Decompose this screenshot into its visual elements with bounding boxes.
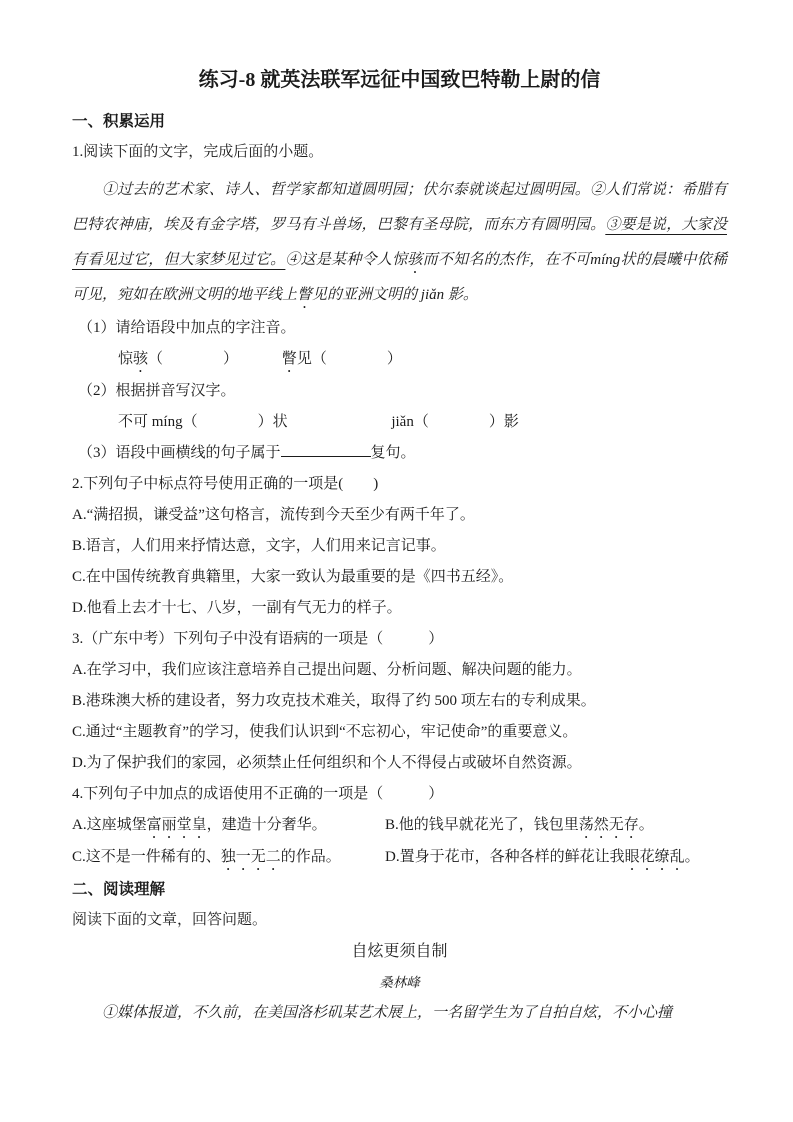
hanzi-item-jian: jiǎn（ ）影 — [391, 414, 519, 430]
text-segment: （ ） — [148, 351, 238, 367]
q1-sub1-answers: 惊骇（ ） 瞥见（ ） — [72, 344, 727, 376]
text-segment: 的作品。 — [281, 849, 341, 865]
reading-instruction: 阅读下面的文章，回答问题。 — [72, 905, 727, 936]
text-segment: 。 — [639, 817, 654, 833]
text-segment: ，建造十分奢华。 — [207, 817, 327, 833]
text-segment: ④这是某种令人惊 — [285, 252, 407, 268]
article-author: 桑林峰 — [72, 967, 727, 998]
q1-sub2-answers: 不可 míng（ ）状 jiǎn（ ）影 — [72, 407, 727, 438]
q1-stem: 1.阅读下面的文字，完成后面的小题。 — [72, 137, 727, 168]
emphasized-text: 眼花缭乱 — [625, 849, 685, 865]
q1-sub2-label: （2）根据拼音写汉字。 — [72, 376, 727, 407]
q2-stem: 2.下列句子中标点符号使用正确的一项是( ) — [72, 469, 727, 500]
text-segment: A.这座城堡 — [72, 817, 147, 833]
q2-option-d: D.他看上去才十七、八岁，一副有气无力的样子。 — [72, 593, 727, 624]
emphasized-text: 瞥 — [297, 287, 312, 303]
text-segment: 见的亚洲文明的 jiǎn 影。 — [312, 287, 478, 303]
q2-option-b: B.语言，人们用来抒情达意，文字，人们用来记言记事。 — [72, 531, 727, 562]
emphasized-text: 骇 — [133, 351, 148, 367]
q1-sub1-label: （1）请给语段中加点的字注音。 — [72, 313, 727, 344]
text-segment: 见（ ） — [297, 351, 402, 367]
emphasized-text: 骇 — [407, 252, 422, 268]
q3-stem: 3.（广东中考）下列句子中没有语病的一项是（ ） — [72, 624, 727, 655]
text-segment: 。 — [685, 849, 700, 865]
answer-blank-line — [281, 443, 371, 457]
q3-option-b: B.港珠澳大桥的建设者，努力攻克技术难关，取得了约 500 项左右的专利成果。 — [72, 686, 727, 717]
q4-option-row-1: A.这座城堡富丽堂皇，建造十分奢华。B.他的钱早就花光了，钱包里荡然无存。 — [72, 810, 727, 842]
q3-option-c: C.通过“主题教育”的学习，使我们认识到“不忘初心，牢记使命”的重要意义。 — [72, 717, 727, 748]
q4-stem: 4.下列句子中加点的成语使用不正确的一项是（ ） — [72, 779, 727, 810]
text-segment: C.这不是一件稀有的、 — [72, 849, 221, 865]
section-accumulation-heading: 一、积累运用 — [72, 106, 727, 137]
emphasized-text: 荡然无存 — [579, 817, 639, 833]
q4-option-a: A.这座城堡富丽堂皇，建造十分奢华。 — [72, 810, 385, 842]
emphasized-text: 富丽堂皇 — [147, 817, 207, 833]
worksheet-page: 练习-8 就英法联军远征中国致巴特勒上尉的信 一、积累运用 1.阅读下面的文字，… — [0, 0, 793, 1122]
text-segment: 惊 — [118, 351, 133, 367]
q4-option-d: D.置身于花市，各种各样的鲜花让我眼花缭乱。 — [385, 849, 700, 865]
article-first-line: ①媒体报道，不久前，在美国洛杉矶某艺术展上，一名留学生为了自拍自炫，不小心撞 — [72, 998, 727, 1029]
q4-option-b: B.他的钱早就花光了，钱包里荡然无存。 — [385, 817, 654, 833]
text-segment: B.他的钱早就花光了，钱包里 — [385, 817, 579, 833]
q4-option-c: C.这不是一件稀有的、独一无二的作品。 — [72, 842, 385, 874]
pinyin-item-piejian: 瞥见（ ） — [282, 351, 402, 367]
q1-passage: ①过去的艺术家、诗人、哲学家都知道圆明园；伏尔泰就谈起过圆明园。②人们常说：希腊… — [72, 173, 727, 313]
article-title: 自炫更须自制 — [72, 936, 727, 967]
q2-option-c: C.在中国传统教育典籍里，大家一致认为最重要的是《四书五经》。 — [72, 562, 727, 593]
section-reading-heading: 二、阅读理解 — [72, 874, 727, 905]
page-title: 练习-8 就英法联军远征中国致巴特勒上尉的信 — [72, 66, 727, 94]
q3-option-a: A.在学习中，我们应该注意培养自己提出问题、分析问题、解决问题的能力。 — [72, 655, 727, 686]
text-segment: D.置身于花市，各种各样的鲜花让我 — [385, 849, 625, 865]
hanzi-item-ming: 不可 míng（ ）状 — [118, 414, 288, 430]
q2-option-a: A.“满招损，谦受益”这句格言，流传到今天至少有两千年了。 — [72, 500, 727, 531]
emphasized-text: 瞥 — [282, 351, 297, 367]
q1-sub3-prefix: （3）语段中画横线的句子属于 — [78, 445, 281, 461]
q3-option-d: D.为了保护我们的家园，必须禁止任何组织和个人不得侵占或破坏自然资源。 — [72, 748, 727, 779]
emphasized-text: 独一无二 — [221, 849, 281, 865]
q4-option-row-2: C.这不是一件稀有的、独一无二的作品。D.置身于花市，各种各样的鲜花让我眼花缭乱… — [72, 842, 727, 874]
q1-sub3-suffix: 复句。 — [371, 445, 416, 461]
q1-sub3-line: （3）语段中画横线的句子属于复句。 — [72, 438, 727, 469]
pinyin-item-jinghai: 惊骇（ ） — [118, 351, 238, 367]
